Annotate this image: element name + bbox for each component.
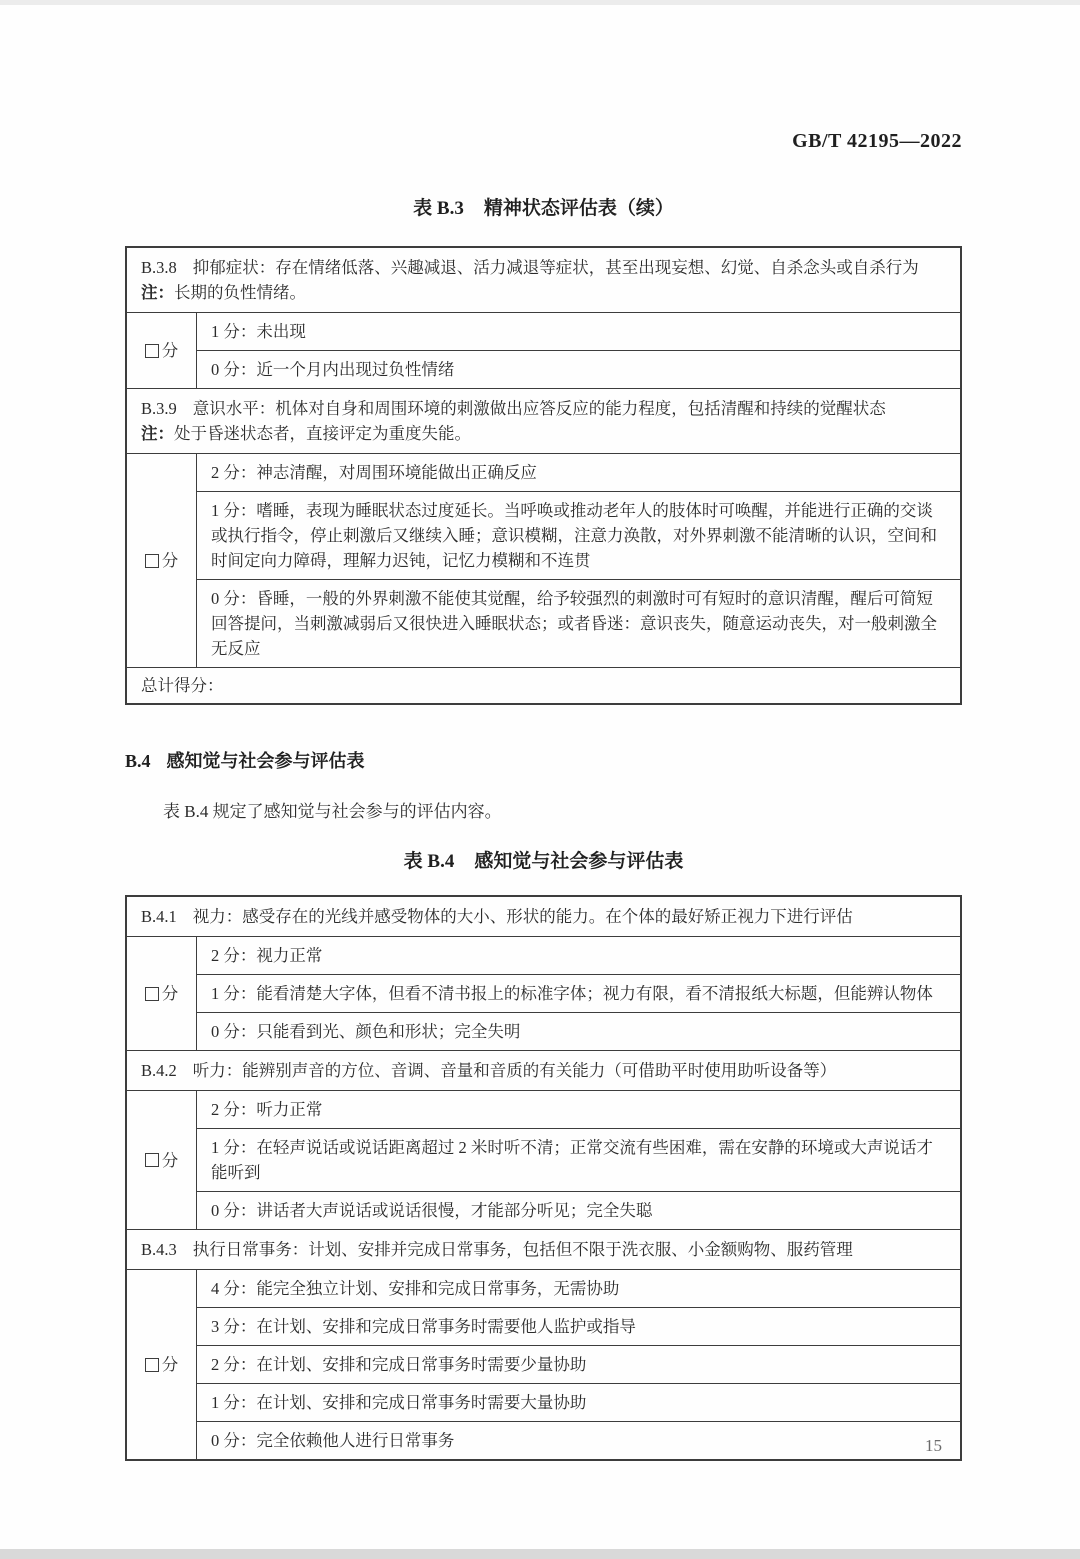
table-b4-title-text: 感知觉与社会参与评估表 bbox=[474, 851, 683, 872]
option: 0 分：昏睡，一般的外界刺激不能使其觉醒，给予较强烈的刺激时可有短时的意识清醒，… bbox=[197, 579, 960, 667]
option: 2 分：听力正常 bbox=[197, 1091, 960, 1128]
score-checkbox bbox=[145, 344, 159, 358]
item-b41: B.4.1视力：感受存在的光线并感受物体的大小、形状的能力。在个体的最好矫正视力… bbox=[127, 897, 960, 1050]
option: 1 分：嗜睡，表现为睡眠状态过度延长。当呼唤或推动老年人的肢体时可唤醒，并能进行… bbox=[197, 491, 960, 579]
item-b43-options: 4 分：能完全独立计划、安排和完成日常事务，无需协助 3 分：在计划、安排和完成… bbox=[197, 1270, 960, 1459]
score-checkbox bbox=[145, 987, 159, 1001]
score-unit-label: 分 bbox=[162, 548, 179, 573]
item-b39: B.3.9意识水平：机体对自身和周围环境的刺激做出应答反应的能力程度，包括清醒和… bbox=[127, 388, 960, 667]
item-b38-note: 注：长期的负性情绪。 bbox=[141, 280, 948, 305]
item-b43-code: B.4.3 bbox=[141, 1240, 177, 1259]
option: 1 分：在计划、安排和完成日常事务时需要大量协助 bbox=[197, 1383, 960, 1421]
item-b39-score-cell: 分 bbox=[127, 454, 197, 667]
item-b38-options: 1 分：未出现 0 分：近一个月内出现过负性情绪 bbox=[197, 313, 960, 388]
item-b43-score-cell: 分 bbox=[127, 1270, 197, 1459]
item-b43: B.4.3执行日常事务：计划、安排并完成日常事务，包括但不限于洗衣服、小金额购物… bbox=[127, 1229, 960, 1459]
item-b39-note: 注：处于昏迷状态者，直接评定为重度失能。 bbox=[141, 421, 948, 446]
item-b39-code: B.3.9 bbox=[141, 399, 177, 418]
section-b4-heading-text: 感知觉与社会参与评估表 bbox=[167, 751, 365, 771]
item-b38-header: B.3.8抑郁症状：存在情绪低落、兴趣减退、活力减退等症状，甚至出现妄想、幻觉、… bbox=[127, 248, 960, 312]
item-b42: B.4.2听力：能辨别声音的方位、音调、音量和音质的有关能力（可借助平时使用助听… bbox=[127, 1050, 960, 1229]
page-top-edge bbox=[0, 0, 1080, 5]
item-b39-score-row: 分 2 分：神志清醒，对周围环境能做出正确反应 1 分：嗜睡，表现为睡眠状态过度… bbox=[127, 453, 960, 667]
score-checkbox bbox=[145, 1358, 159, 1372]
note-label: 注： bbox=[141, 283, 174, 302]
item-b41-score-cell: 分 bbox=[127, 937, 197, 1050]
item-b42-code: B.4.2 bbox=[141, 1061, 177, 1080]
score-unit-label: 分 bbox=[162, 1352, 179, 1377]
score-checkbox bbox=[145, 554, 159, 568]
document-page: GB/T 42195—2022 表 B.3精神状态评估表（续） B.3.8抑郁症… bbox=[0, 0, 1080, 1559]
table-b4-title: 表 B.4感知觉与社会参与评估表 bbox=[125, 846, 962, 873]
item-b41-options: 2 分：视力正常 1 分：能看清楚大字体，但看不清书报上的标准字体；视力有限，看… bbox=[197, 937, 960, 1050]
section-b4-heading: B.4感知觉与社会参与评估表 bbox=[125, 747, 962, 773]
table-b3-title-text: 精神状态评估表（续） bbox=[484, 198, 674, 219]
item-b39-text: B.3.9意识水平：机体对自身和周围环境的刺激做出应答反应的能力程度，包括清醒和… bbox=[141, 396, 948, 421]
option: 2 分：神志清醒，对周围环境能做出正确反应 bbox=[197, 454, 960, 491]
table-b4: B.4.1视力：感受存在的光线并感受物体的大小、形状的能力。在个体的最好矫正视力… bbox=[125, 895, 962, 1461]
section-b4-code: B.4 bbox=[125, 751, 151, 771]
table-b4-title-prefix: 表 B.4 bbox=[404, 851, 455, 872]
item-b39-options: 2 分：神志清醒，对周围环境能做出正确反应 1 分：嗜睡，表现为睡眠状态过度延长… bbox=[197, 454, 960, 667]
item-b41-header: B.4.1视力：感受存在的光线并感受物体的大小、形状的能力。在个体的最好矫正视力… bbox=[127, 897, 960, 936]
option: 0 分：只能看到光、颜色和形状；完全失明 bbox=[197, 1012, 960, 1050]
option: 4 分：能完全独立计划、安排和完成日常事务，无需协助 bbox=[197, 1270, 960, 1307]
option: 0 分：完全依赖他人进行日常事务 bbox=[197, 1421, 960, 1459]
note-label: 注： bbox=[141, 424, 174, 443]
item-b38-score-cell: 分 bbox=[127, 313, 197, 388]
item-b42-score-row: 分 2 分：听力正常 1 分：在轻声说话或说话距离超过 2 米时听不清；正常交流… bbox=[127, 1090, 960, 1229]
option: 2 分：视力正常 bbox=[197, 937, 960, 974]
score-checkbox bbox=[145, 1153, 159, 1167]
option: 1 分：未出现 bbox=[197, 313, 960, 350]
item-b38-score-row: 分 1 分：未出现 0 分：近一个月内出现过负性情绪 bbox=[127, 312, 960, 388]
item-b38-text: B.3.8抑郁症状：存在情绪低落、兴趣减退、活力减退等症状，甚至出现妄想、幻觉、… bbox=[141, 255, 948, 280]
option: 3 分：在计划、安排和完成日常事务时需要他人监护或指导 bbox=[197, 1307, 960, 1345]
table-b3: B.3.8抑郁症状：存在情绪低落、兴趣减退、活力减退等症状，甚至出现妄想、幻觉、… bbox=[125, 246, 962, 705]
table-b3-title-prefix: 表 B.3 bbox=[413, 198, 464, 219]
score-unit-label: 分 bbox=[162, 1148, 179, 1173]
standard-number: GB/T 42195—2022 bbox=[125, 130, 962, 153]
score-unit-label: 分 bbox=[162, 981, 179, 1006]
option: 0 分：讲话者大声说话或说话很慢，才能部分听见；完全失聪 bbox=[197, 1191, 960, 1229]
item-b39-header: B.3.9意识水平：机体对自身和周围环境的刺激做出应答反应的能力程度，包括清醒和… bbox=[127, 389, 960, 453]
section-b4-intro: 表 B.4 规定了感知觉与社会参与的评估内容。 bbox=[125, 797, 962, 822]
option: 0 分：近一个月内出现过负性情绪 bbox=[197, 350, 960, 388]
item-b41-score-row: 分 2 分：视力正常 1 分：能看清楚大字体，但看不清书报上的标准字体；视力有限… bbox=[127, 936, 960, 1050]
option: 1 分：在轻声说话或说话距离超过 2 米时听不清；正常交流有些困难，需在安静的环… bbox=[197, 1128, 960, 1191]
item-b42-options: 2 分：听力正常 1 分：在轻声说话或说话距离超过 2 米时听不清；正常交流有些… bbox=[197, 1091, 960, 1229]
item-b38: B.3.8抑郁症状：存在情绪低落、兴趣减退、活力减退等症状，甚至出现妄想、幻觉、… bbox=[127, 248, 960, 388]
item-b42-score-cell: 分 bbox=[127, 1091, 197, 1229]
item-b43-header: B.4.3执行日常事务：计划、安排并完成日常事务，包括但不限于洗衣服、小金额购物… bbox=[127, 1230, 960, 1269]
item-b42-header: B.4.2听力：能辨别声音的方位、音调、音量和音质的有关能力（可借助平时使用助听… bbox=[127, 1051, 960, 1090]
option: 2 分：在计划、安排和完成日常事务时需要少量协助 bbox=[197, 1345, 960, 1383]
score-unit-label: 分 bbox=[162, 338, 179, 363]
page-number: 15 bbox=[925, 1436, 942, 1456]
table-b3-title: 表 B.3精神状态评估表（续） bbox=[125, 193, 962, 220]
option: 1 分：能看清楚大字体，但看不清书报上的标准字体；视力有限，看不清报纸大标题，但… bbox=[197, 974, 960, 1012]
item-b38-code: B.3.8 bbox=[141, 258, 177, 277]
item-b41-code: B.4.1 bbox=[141, 907, 177, 926]
page-bottom-edge bbox=[0, 1549, 1080, 1559]
item-b43-score-row: 分 4 分：能完全独立计划、安排和完成日常事务，无需协助 3 分：在计划、安排和… bbox=[127, 1269, 960, 1459]
total-score-row: 总计得分： bbox=[127, 667, 960, 703]
